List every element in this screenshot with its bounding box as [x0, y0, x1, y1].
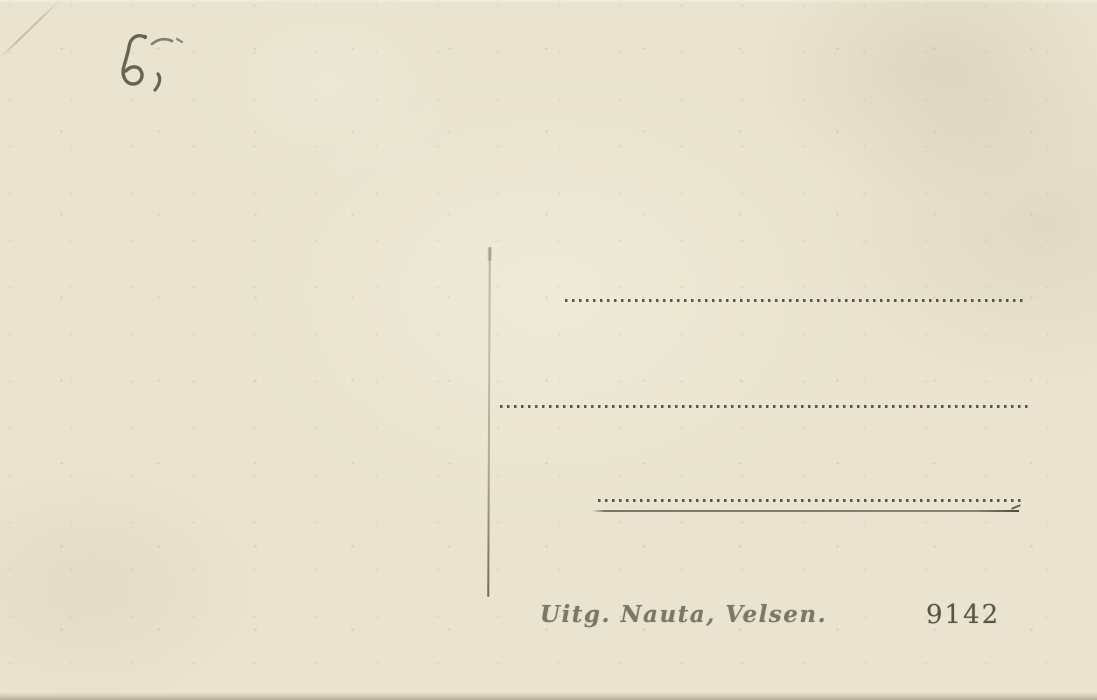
address-dotted-line-3	[598, 499, 1024, 502]
address-dotted-line-2	[500, 405, 1031, 408]
message-address-divider-line	[487, 247, 491, 597]
address-dotted-line-1	[565, 299, 1027, 302]
card-bottom-edge-shadow	[0, 692, 1097, 700]
postcard-back: Uitg. Nauta, Velsen. 9142	[0, 0, 1097, 700]
address-solid-underline	[592, 510, 1019, 512]
publisher-imprint: Uitg. Nauta, Velsen.	[540, 601, 827, 628]
handwritten-price-mark	[100, 20, 200, 105]
paper-grain-texture	[0, 0, 1097, 700]
card-serial-number: 9142	[926, 600, 1000, 630]
card-corner-edge	[0, 0, 61, 58]
card-top-edge-highlight	[0, 0, 1097, 3]
